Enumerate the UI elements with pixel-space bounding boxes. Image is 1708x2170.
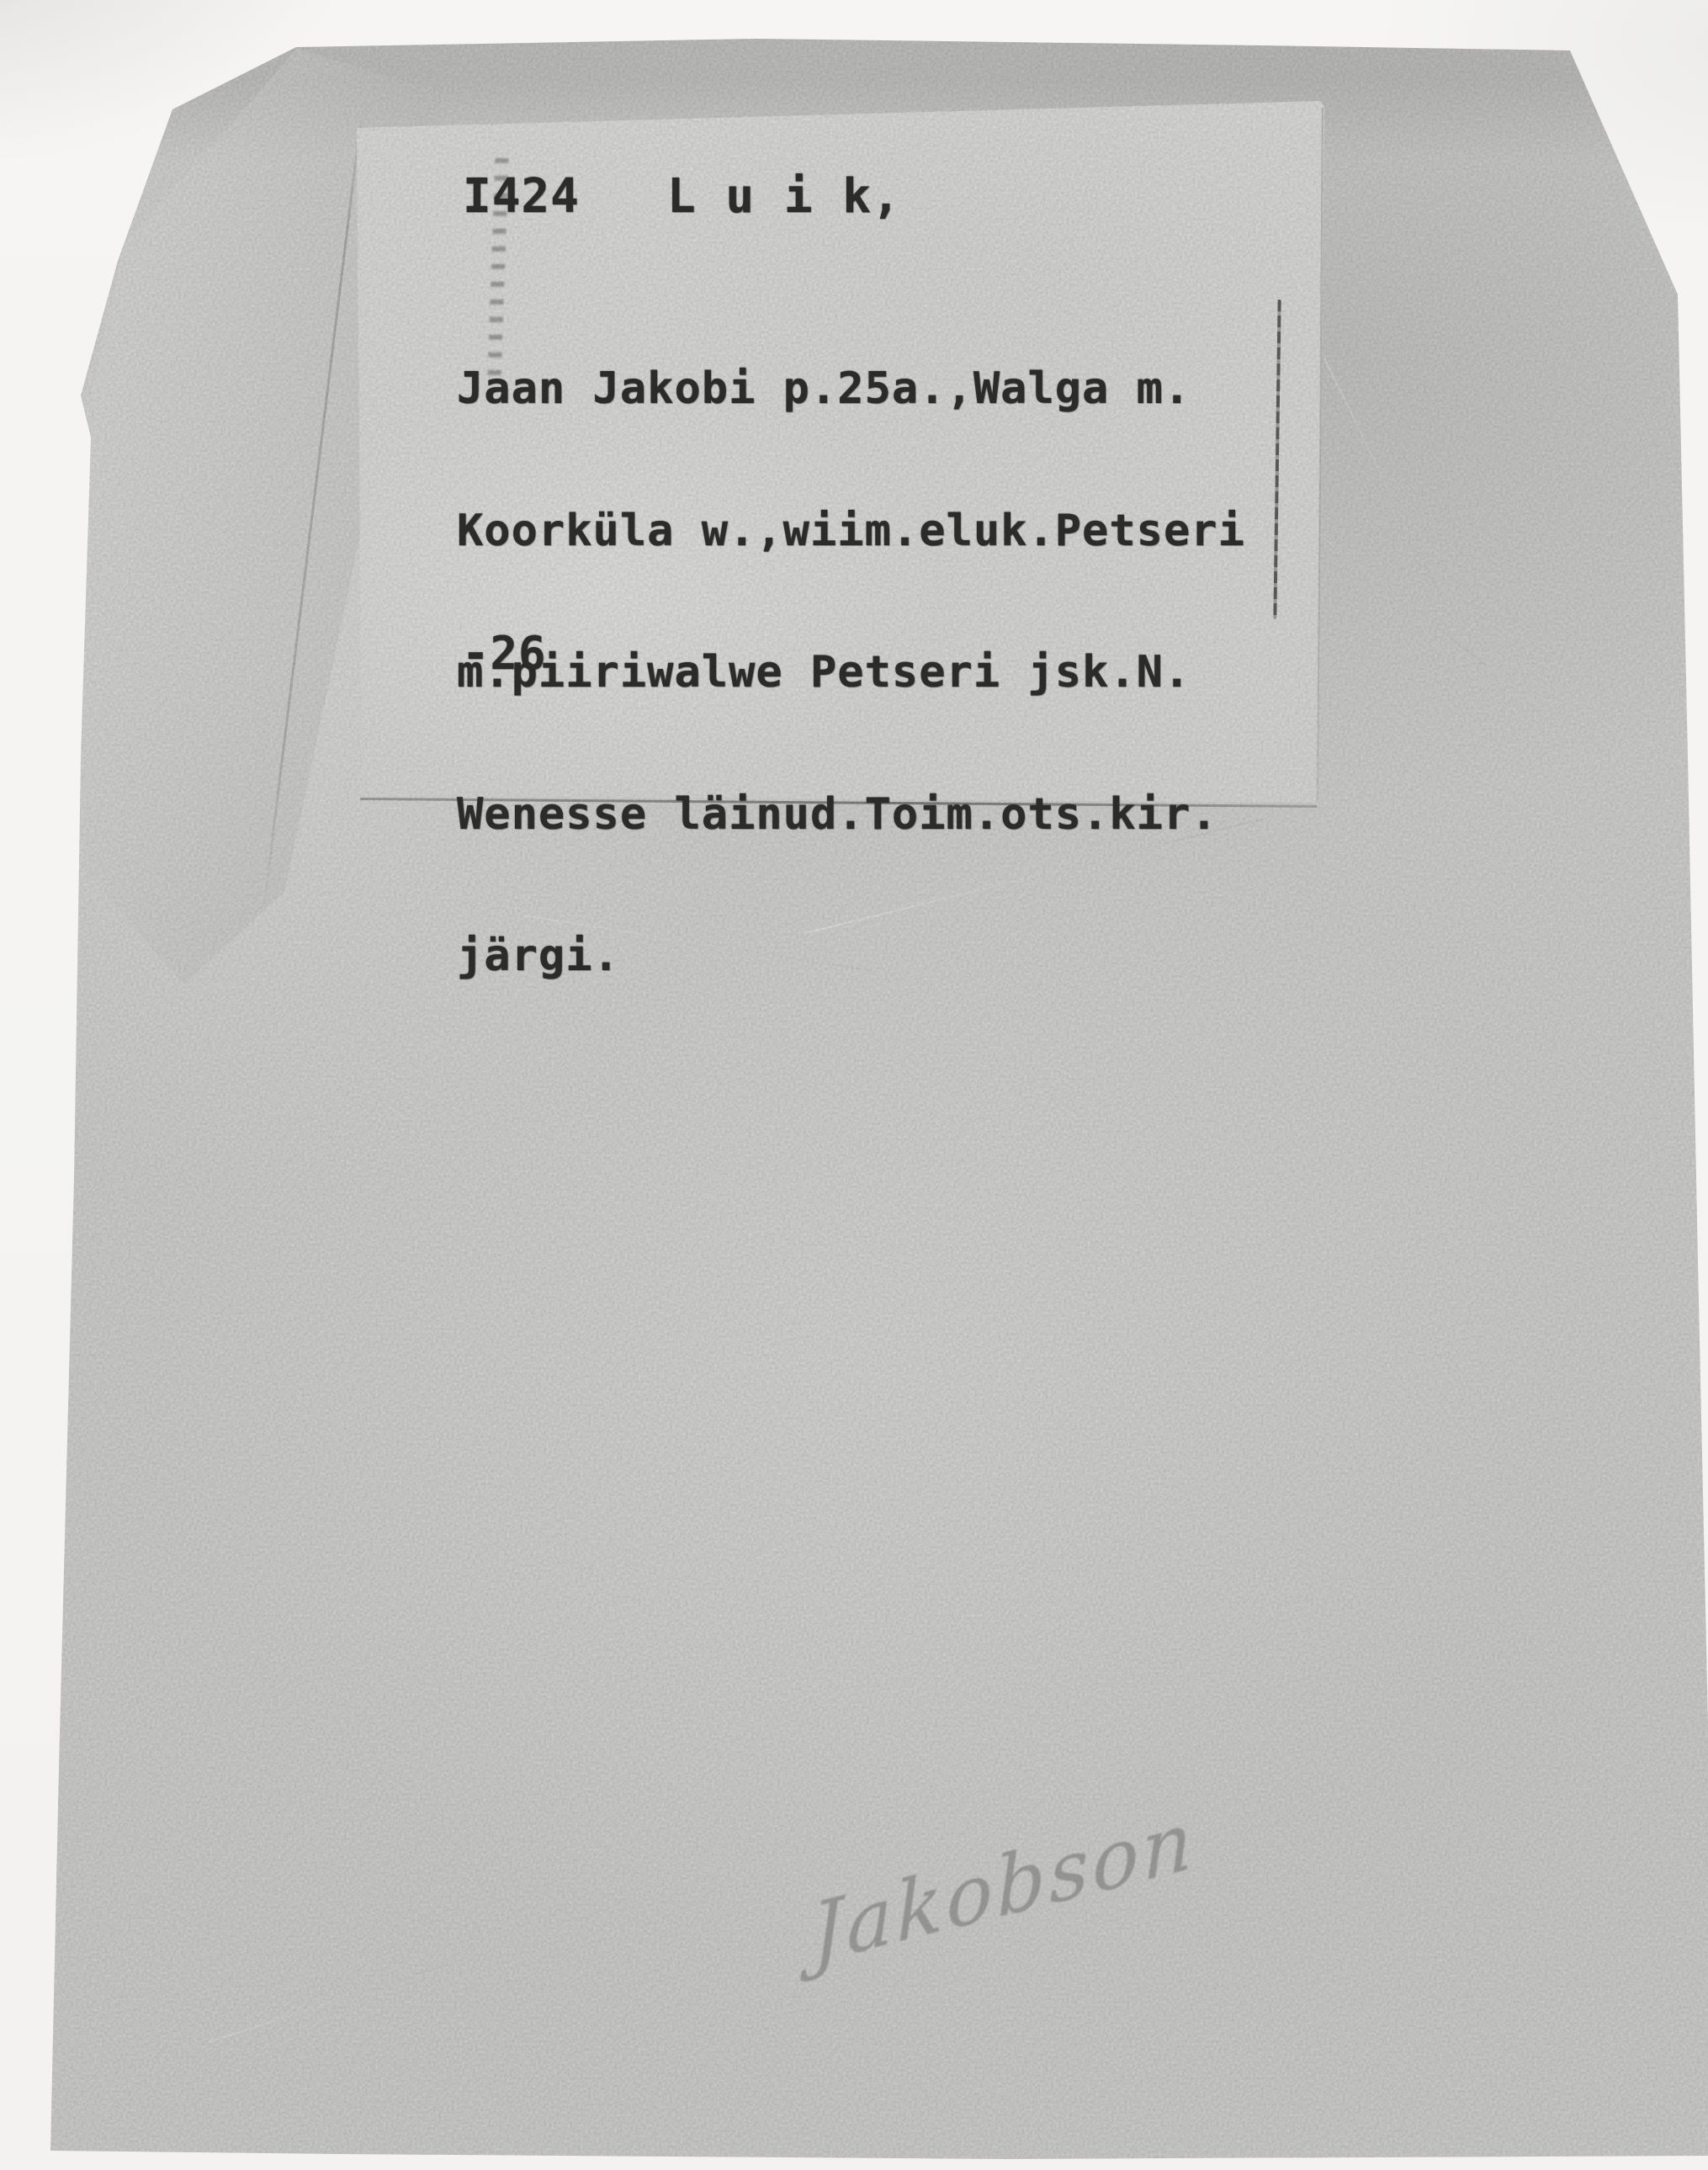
paper-sheet: I424 L u i k, Jaan Jakobi p.25a.,Walga m…	[0, 0, 1708, 2170]
typed-heading: I424 L u i k,	[463, 173, 901, 220]
typed-line: Wenesse läinud.Toim.ots.kir.	[457, 794, 1245, 836]
typed-line: m.piiriwalwe Petseri jsk.N.	[457, 652, 1245, 693]
typed-line: järgi.	[457, 936, 1245, 977]
typed-line: Koorküla w.,wiim.eluk.Petseri	[457, 511, 1245, 552]
typed-footer-number: -26	[462, 631, 547, 676]
typed-body: Jaan Jakobi p.25a.,Walga m. Koorküla w.,…	[457, 268, 1245, 1078]
scan-background: I424 L u i k, Jaan Jakobi p.25a.,Walga m…	[0, 0, 1708, 2170]
typed-line: Jaan Jakobi p.25a.,Walga m.	[457, 369, 1245, 410]
